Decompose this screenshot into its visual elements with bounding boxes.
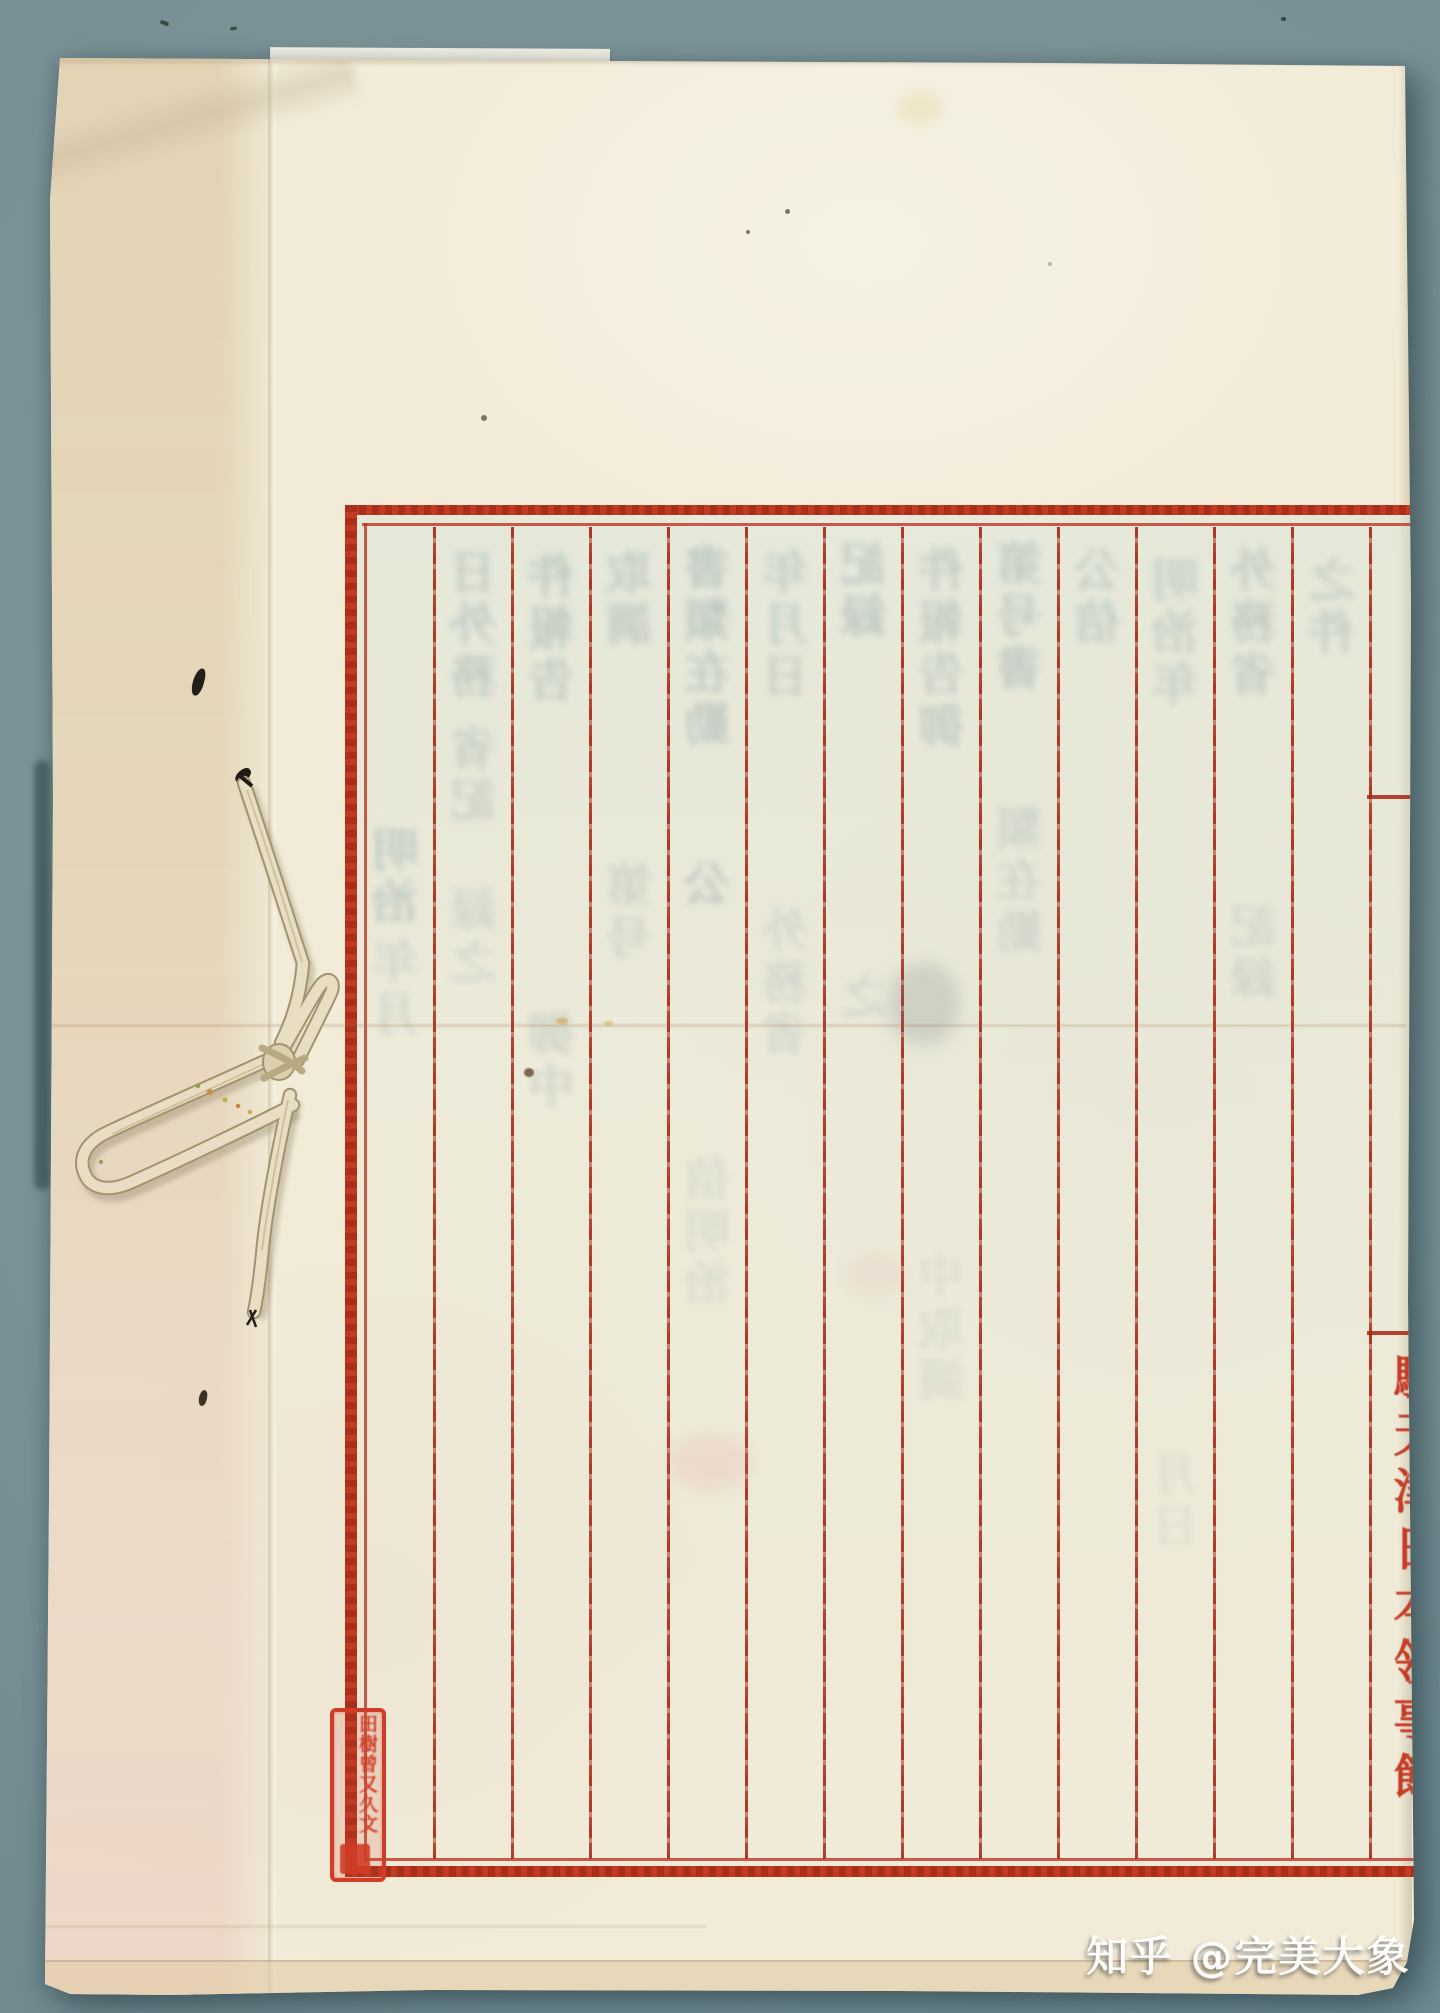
document-page: 明治年月日外務省記録之件報告御中取調第号書類在勤公信明治年月日外務省記録之件報告… xyxy=(0,0,1440,2013)
yellow-fleck xyxy=(1416,152,1428,170)
watermark-text: 知乎 @完美大象 xyxy=(1086,1924,1411,1984)
paper-shadow: 明治年月日外務省記録之件報告御中取調第号書類在勤公信明治年月日外務省記録之件報告… xyxy=(0,0,1440,2013)
photo-of-bound-document: 明治年月日外務省記録之件報告御中取調第号書類在勤公信明治年月日外務省記録之件報告… xyxy=(0,0,1440,2013)
binding-cord xyxy=(0,0,1440,2013)
